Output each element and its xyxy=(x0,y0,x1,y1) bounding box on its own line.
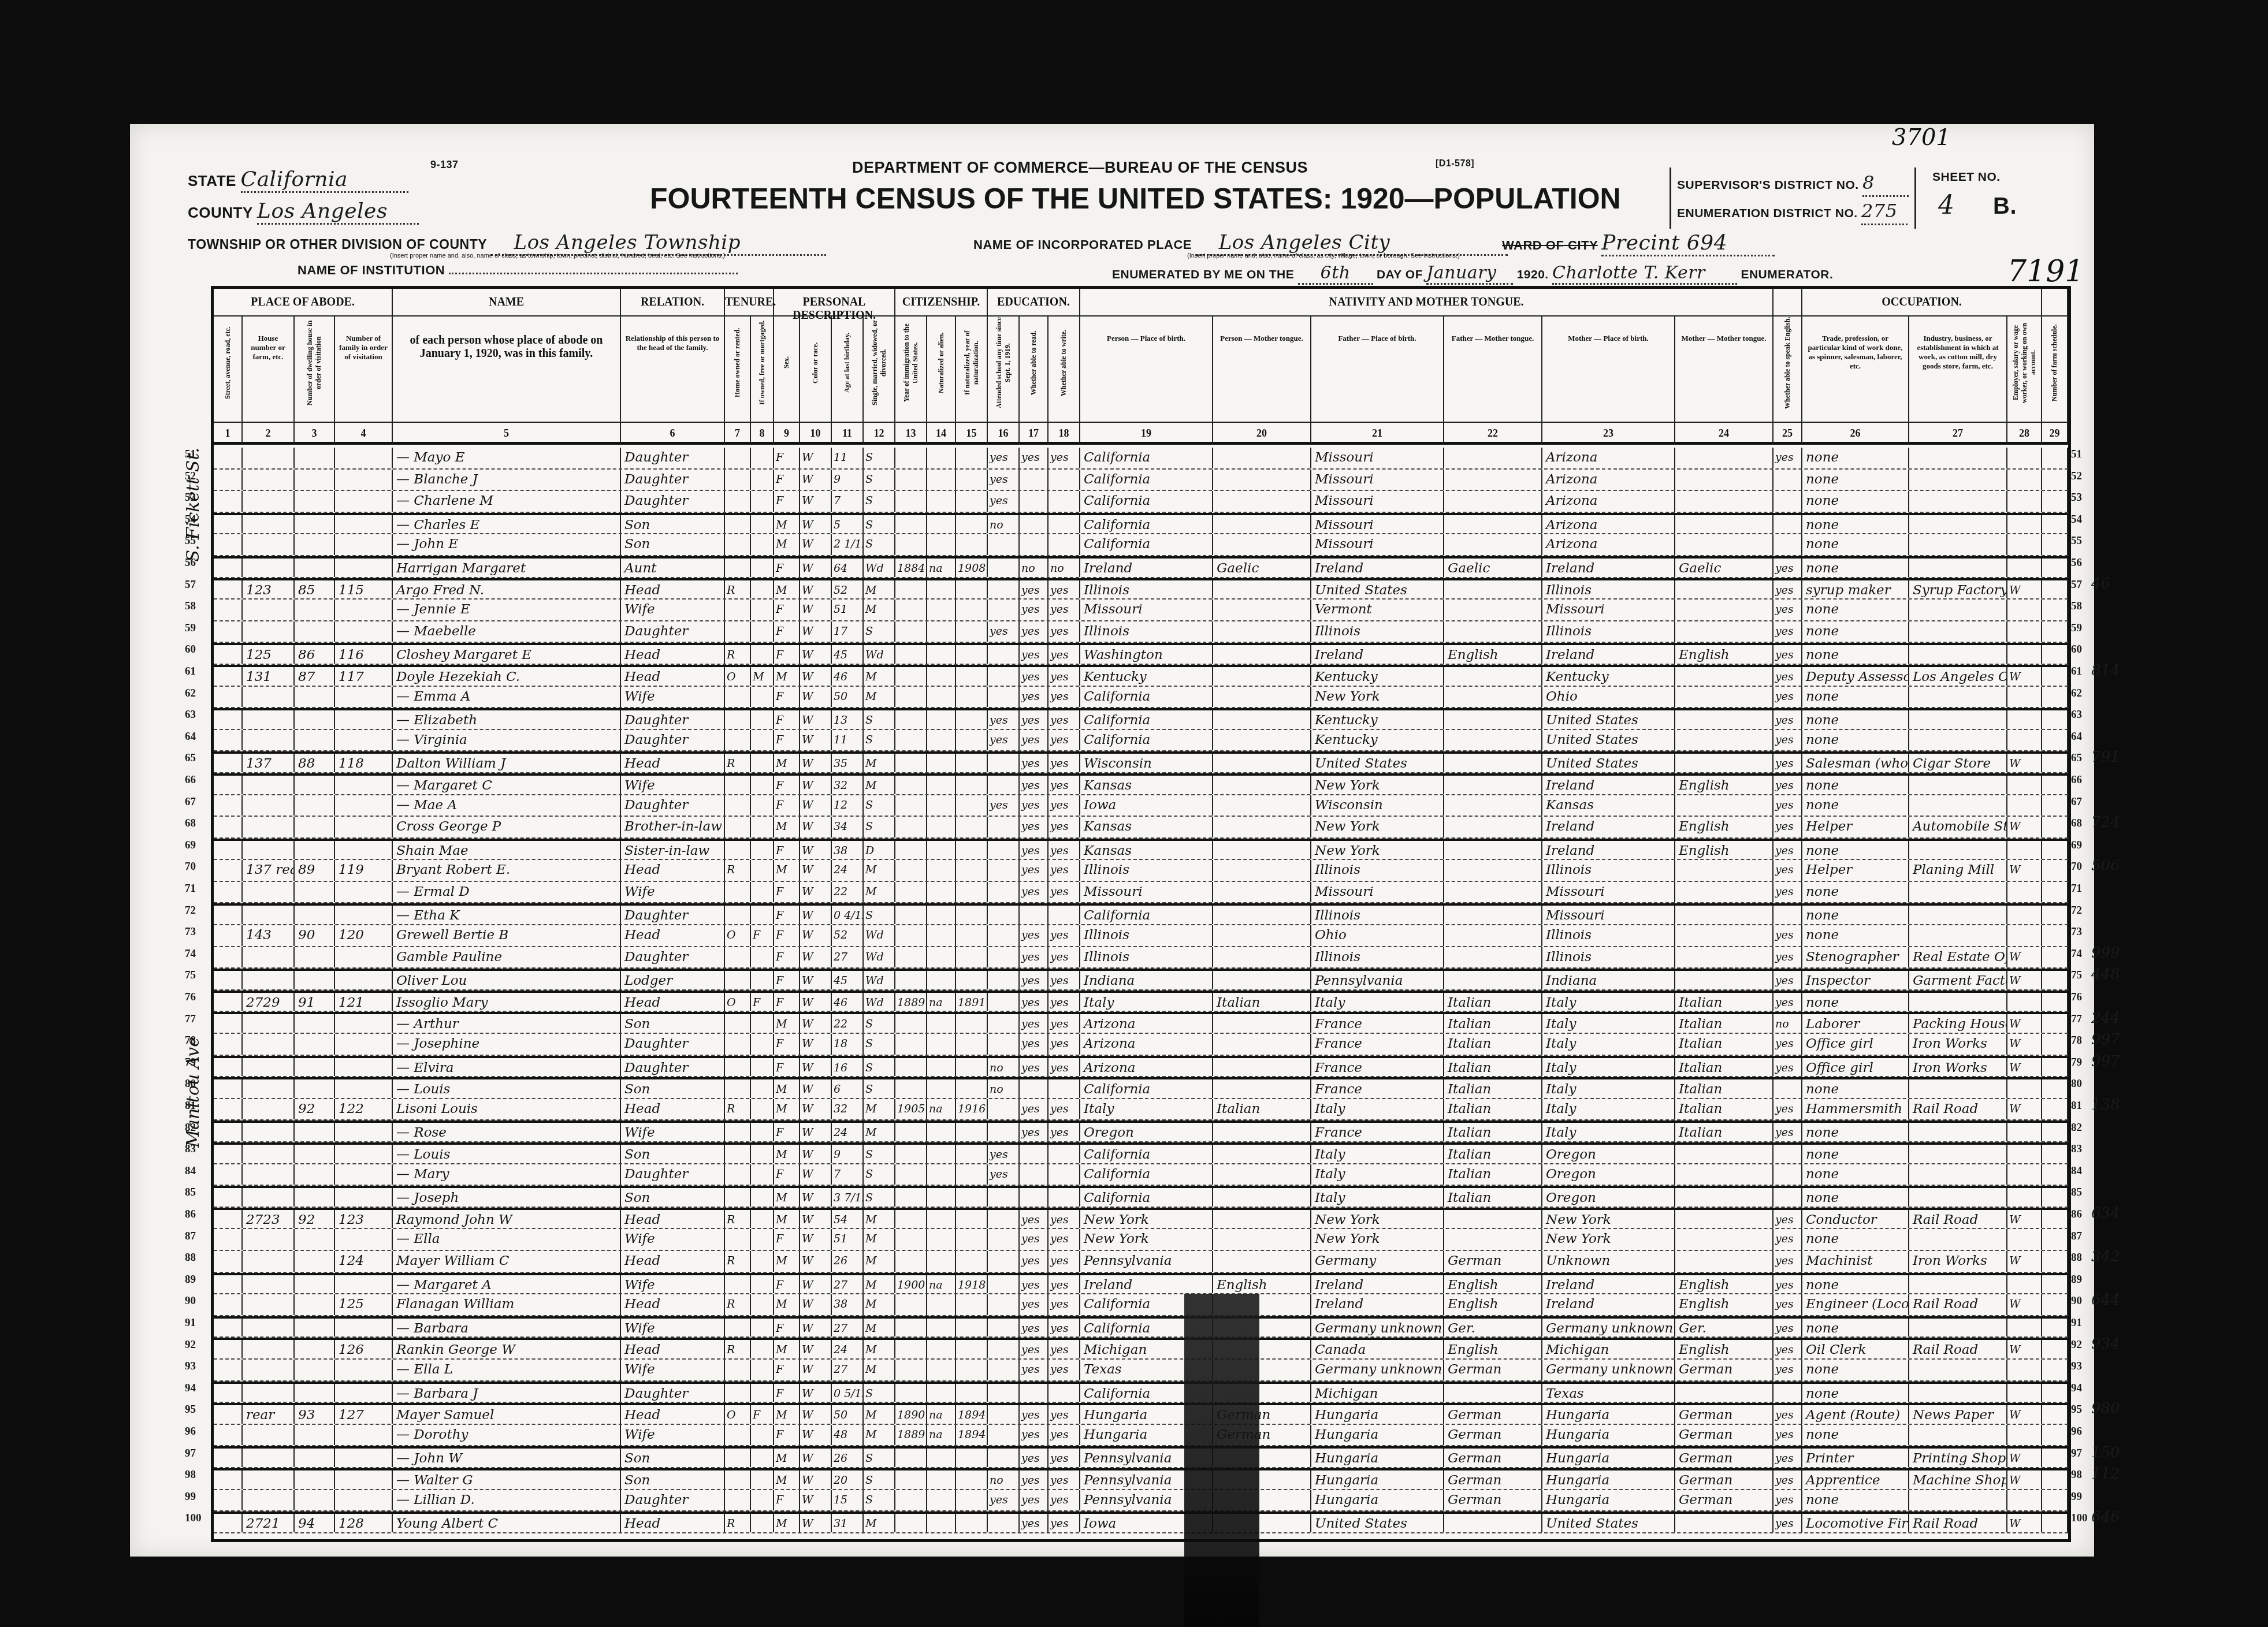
naturalization-year-cell xyxy=(956,925,988,946)
father-mother-tongue-cell xyxy=(1444,600,1542,620)
farm-schedule-cell xyxy=(2042,491,2068,512)
relation-cell: Head xyxy=(621,754,725,772)
trade-cell: none xyxy=(1802,448,1909,468)
person-name-cell: — Rose xyxy=(393,1123,621,1141)
mortgage-cell xyxy=(751,1123,774,1141)
house-number-cell: 137 rear xyxy=(243,860,295,881)
speaks-english-cell: yes xyxy=(1773,1490,1802,1511)
race-cell: W xyxy=(800,1360,832,1380)
age-cell: 27 xyxy=(832,1319,864,1337)
speaks-english-cell xyxy=(1773,491,1802,512)
person-name-cell: — Ella L xyxy=(393,1360,621,1380)
father-birthplace-cell: New York xyxy=(1311,1210,1444,1228)
age-cell: 9 xyxy=(832,1145,864,1163)
house-number-cell xyxy=(243,1425,295,1446)
race-cell: W xyxy=(800,841,832,859)
father-mother-tongue-cell: Italian xyxy=(1444,1123,1542,1141)
column-header: Number of family in order of visitation xyxy=(335,317,393,422)
can-read-cell xyxy=(1020,1145,1049,1163)
sex-cell: F xyxy=(774,795,800,816)
immigration-year-cell xyxy=(895,1058,927,1077)
relation-cell: Head xyxy=(621,1405,725,1424)
dwelling-number-cell xyxy=(295,1425,335,1446)
can-write-cell: yes xyxy=(1049,1425,1080,1446)
speaks-english-cell: yes xyxy=(1773,1514,1802,1532)
county-value: Los Angeles xyxy=(257,199,419,225)
home-tenure-cell xyxy=(725,1145,751,1163)
column-header-label: If naturalized, year of naturalization. xyxy=(963,317,980,415)
table-row: — ArthurSonMW22SyesyesArizonaFranceItali… xyxy=(214,1012,2068,1034)
column-header: Color or race. xyxy=(800,317,832,422)
sex-cell: M xyxy=(774,1210,800,1228)
immigration-year-cell xyxy=(895,515,927,534)
table-row: — BarbaraWifeFW27MyesyesCaliforniaGerman… xyxy=(214,1316,2068,1338)
family-number-cell: 115 xyxy=(335,580,393,599)
father-mother-tongue-cell xyxy=(1444,841,1542,859)
race-cell: W xyxy=(800,559,832,577)
farm-schedule-cell xyxy=(2042,1099,2068,1120)
can-write-cell xyxy=(1049,1079,1080,1098)
family-number-cell xyxy=(335,687,393,708)
line-number: 91 xyxy=(185,1317,196,1330)
house-number-cell xyxy=(243,1251,295,1272)
immigration-year-cell xyxy=(895,1229,927,1250)
immigration-year-cell xyxy=(895,1145,927,1163)
marital-status-cell: M xyxy=(864,1229,895,1250)
family-number-cell xyxy=(335,1319,393,1337)
farm-schedule-cell xyxy=(2042,710,2068,729)
marital-status-cell: M xyxy=(864,1360,895,1380)
attended-school-cell xyxy=(988,645,1020,664)
table-row: 272194128Young Albert CHeadRMW31MyesyesI… xyxy=(214,1511,2068,1533)
house-number-cell xyxy=(243,1058,295,1077)
house-number-cell xyxy=(243,448,295,468)
naturalization-year-cell xyxy=(956,1251,988,1272)
column-number: 6 xyxy=(621,422,725,445)
mortgage-cell xyxy=(751,1360,774,1380)
person-name-cell: Grewell Bertie B xyxy=(393,925,621,946)
home-tenure-cell: R xyxy=(725,754,751,772)
father-mother-tongue-cell xyxy=(1444,817,1542,837)
father-mother-tongue-cell: Italian xyxy=(1444,1034,1542,1055)
trade-cell: none xyxy=(1802,841,1909,859)
street-cell xyxy=(214,1251,243,1272)
sex-cell: F xyxy=(774,710,800,729)
table-body: — Mayo EDaughterFW11SyesyesyesCalifornia… xyxy=(214,448,2068,1533)
county-label: COUNTY xyxy=(188,204,252,221)
naturalization-year-cell: 1894 xyxy=(956,1405,988,1424)
farm-schedule-cell xyxy=(2042,1360,2068,1380)
naturalization-year-cell xyxy=(956,580,988,599)
industry-cell: News Paper xyxy=(1909,1405,2007,1424)
mother-tongue-cell: English xyxy=(1213,1275,1311,1294)
home-tenure-cell xyxy=(725,1034,751,1055)
line-number: 59 xyxy=(2071,622,2082,635)
marital-status-cell: Wd xyxy=(864,993,895,1011)
sex-cell: M xyxy=(774,1251,800,1272)
street-cell xyxy=(214,1079,243,1098)
person-name-cell: — Maebelle xyxy=(393,621,621,642)
naturalization-cell xyxy=(927,1340,956,1358)
column-header: Number of farm schedule. xyxy=(2042,317,2068,422)
naturalization-cell xyxy=(927,1229,956,1250)
home-tenure-cell xyxy=(725,947,751,968)
father-mother-tongue-cell: English xyxy=(1444,645,1542,664)
age-cell: 46 xyxy=(832,993,864,1011)
employer-class-cell xyxy=(2007,1164,2042,1185)
birthplace-cell: Kansas xyxy=(1080,817,1213,837)
marital-status-cell: M xyxy=(864,1275,895,1294)
father-birthplace-cell: Missouri xyxy=(1311,515,1444,534)
mother-mother-tongue-cell xyxy=(1675,947,1773,968)
speaks-english-cell xyxy=(1773,1188,1802,1207)
trade-cell: Stenographer xyxy=(1802,947,1909,968)
speaks-english-cell xyxy=(1773,470,1802,490)
home-tenure-cell xyxy=(725,1229,751,1250)
father-birthplace-cell: Hungaria xyxy=(1311,1449,1444,1467)
person-name-cell: — Mary xyxy=(393,1164,621,1185)
column-number: 22 xyxy=(1444,422,1542,445)
farm-schedule-cell xyxy=(2042,776,2068,794)
relation-cell: Lodger xyxy=(621,971,725,989)
family-number-cell xyxy=(335,795,393,816)
employer-class-cell xyxy=(2007,1319,2042,1337)
father-mother-tongue-cell xyxy=(1444,448,1542,468)
relation-cell: Wife xyxy=(621,1425,725,1446)
birthplace-cell: Wisconsin xyxy=(1080,754,1213,772)
age-cell: 17 xyxy=(832,621,864,642)
house-number-cell xyxy=(243,534,295,555)
relation-cell: Wife xyxy=(621,776,725,794)
person-name-cell: Issoglio Mary xyxy=(393,993,621,1011)
mother-tongue-cell xyxy=(1213,754,1311,772)
naturalization-year-cell: 1916 xyxy=(956,1099,988,1120)
sex-cell: M xyxy=(774,515,800,534)
street-cell xyxy=(214,448,243,468)
form-code: [D1-578] xyxy=(1436,159,1474,169)
mortgage-cell xyxy=(751,1449,774,1467)
trade-cell: Locomotive Fireman xyxy=(1802,1514,1909,1532)
naturalization-cell xyxy=(927,470,956,490)
attended-school-cell xyxy=(988,534,1020,555)
table-row: — RoseWifeFW24MyesyesOregonFranceItalian… xyxy=(214,1120,2068,1142)
mortgage-cell xyxy=(751,491,774,512)
mother-tongue-cell xyxy=(1213,1123,1311,1141)
race-cell: W xyxy=(800,1145,832,1163)
person-name-cell: — Barbara J xyxy=(393,1384,621,1402)
column-header: Street, avenue, road, etc. xyxy=(214,317,243,422)
margin-annotation: 646 xyxy=(2091,1509,2120,1526)
mother-birthplace-cell: Ireland xyxy=(1542,559,1675,577)
can-write-cell: no xyxy=(1049,559,1080,577)
column-header-label: Naturalized or alien. xyxy=(937,317,946,415)
street-cell xyxy=(214,621,243,642)
can-write-cell: yes xyxy=(1049,1251,1080,1272)
column-number: 18 xyxy=(1049,422,1080,445)
family-number-cell xyxy=(335,841,393,859)
person-name-cell: — Margaret C xyxy=(393,776,621,794)
enumerated-field: ENUMERATED BY ME ON THE 6th DAY OF Janua… xyxy=(1112,263,1833,285)
employer-class-cell xyxy=(2007,1384,2042,1402)
farm-schedule-cell xyxy=(2042,580,2068,599)
can-write-cell: yes xyxy=(1049,448,1080,468)
attended-school-cell xyxy=(988,882,1020,903)
mother-birthplace-cell: Unknown xyxy=(1542,1251,1675,1272)
home-tenure-cell xyxy=(725,1384,751,1402)
marital-status-cell: M xyxy=(864,1123,895,1141)
birthplace-cell: Ireland xyxy=(1080,559,1213,577)
speaks-english-cell: yes xyxy=(1773,1251,1802,1272)
father-mother-tongue-cell: Italian xyxy=(1444,1079,1542,1098)
street-cell xyxy=(214,971,243,989)
employer-class-cell: W xyxy=(2007,1294,2042,1315)
family-number-cell xyxy=(335,947,393,968)
table-row: — Margaret AWifeFW27M1900na1918yesyesIre… xyxy=(214,1273,2068,1295)
race-cell: W xyxy=(800,710,832,729)
line-number: 71 xyxy=(2071,883,2082,895)
column-header-label: Attended school any time since Sept. 1, … xyxy=(995,317,1012,415)
dwelling-number-cell: 85 xyxy=(295,580,335,599)
house-number-cell xyxy=(243,730,295,751)
naturalization-cell xyxy=(927,860,956,881)
home-tenure-cell xyxy=(725,1123,751,1141)
farm-schedule-cell xyxy=(2042,1014,2068,1033)
home-tenure-cell xyxy=(725,882,751,903)
father-birthplace-cell: France xyxy=(1311,1123,1444,1141)
speaks-english-cell xyxy=(1773,1384,1802,1402)
speaks-english-cell: yes xyxy=(1773,580,1802,599)
street-cell xyxy=(214,491,243,512)
stamp-number-side: 7191 xyxy=(2007,254,2084,289)
mother-mother-tongue-cell xyxy=(1675,1229,1773,1250)
mother-mother-tongue-cell: Italian xyxy=(1675,1014,1773,1033)
mother-birthplace-cell: Ireland xyxy=(1542,776,1675,794)
line-number: 52 xyxy=(2071,470,2082,483)
mother-tongue-cell xyxy=(1213,1188,1311,1207)
mortgage-cell xyxy=(751,1014,774,1033)
relation-cell: Wife xyxy=(621,1360,725,1380)
person-name-cell: — John W xyxy=(393,1449,621,1467)
mother-birthplace-cell: Oregon xyxy=(1542,1188,1675,1207)
column-group: CITIZENSHIP. xyxy=(895,289,988,317)
age-cell: 27 xyxy=(832,947,864,968)
sheet-number-label: SHEET NO. xyxy=(1932,170,2001,184)
birthplace-cell: Ireland xyxy=(1080,1275,1213,1294)
sex-cell: M xyxy=(774,1014,800,1033)
father-birthplace-cell: New York xyxy=(1311,776,1444,794)
person-name-cell: — Elvira xyxy=(393,1058,621,1077)
speaks-english-cell: yes xyxy=(1773,559,1802,577)
marital-status-cell: S xyxy=(864,1034,895,1055)
column-header-label: Whether able to read. xyxy=(1029,317,1038,415)
street-cell xyxy=(214,841,243,859)
race-cell: W xyxy=(800,1079,832,1098)
immigration-year-cell xyxy=(895,1188,927,1207)
family-number-cell: 124 xyxy=(335,1251,393,1272)
trade-cell: none xyxy=(1802,776,1909,794)
race-cell: W xyxy=(800,925,832,946)
age-cell: 9 xyxy=(832,470,864,490)
farm-schedule-cell xyxy=(2042,1188,2068,1207)
township-label: TOWNSHIP OR OTHER DIVISION OF COUNTY xyxy=(188,237,487,252)
naturalization-year-cell xyxy=(956,754,988,772)
line-number: 90 xyxy=(2071,1295,2082,1308)
naturalization-cell xyxy=(927,1164,956,1185)
home-tenure-cell xyxy=(725,730,751,751)
home-tenure-cell: R xyxy=(725,860,751,881)
immigration-year-cell xyxy=(895,1014,927,1033)
line-number: 100 xyxy=(185,1512,202,1525)
father-mother-tongue-cell: German xyxy=(1444,1470,1542,1489)
industry-cell: Rail Road xyxy=(1909,1210,2007,1228)
employer-class-cell xyxy=(2007,925,2042,946)
naturalization-year-cell xyxy=(956,687,988,708)
relation-cell: Aunt xyxy=(621,559,725,577)
mother-birthplace-cell: United States xyxy=(1542,1514,1675,1532)
family-number-cell xyxy=(335,882,393,903)
table-row: — Emma AWifeFW50MyesyesCaliforniaNew Yor… xyxy=(214,687,2068,709)
family-number-cell: 116 xyxy=(335,645,393,664)
can-write-cell: yes xyxy=(1049,947,1080,968)
speaks-english-cell: yes xyxy=(1773,754,1802,772)
can-read-cell: yes xyxy=(1020,1058,1049,1077)
column-header: If naturalized, year of naturalization. xyxy=(956,317,988,422)
employer-class-cell: W xyxy=(2007,860,2042,881)
birthplace-cell: New York xyxy=(1080,1229,1213,1250)
line-number: 85 xyxy=(2071,1186,2082,1199)
naturalization-year-cell xyxy=(956,1360,988,1380)
mortgage-cell xyxy=(751,1079,774,1098)
person-name-cell: — Etha K xyxy=(393,906,621,924)
mortgage-cell xyxy=(751,1164,774,1185)
marital-status-cell: S xyxy=(864,515,895,534)
table-row: rear93127Mayer SamuelHeadOFMW50M1890na18… xyxy=(214,1403,2068,1425)
marital-status-cell: M xyxy=(864,1099,895,1120)
attended-school-cell xyxy=(988,1188,1020,1207)
mortgage-cell xyxy=(751,470,774,490)
mother-birthplace-cell: Oregon xyxy=(1542,1164,1675,1185)
mother-tongue-cell xyxy=(1213,841,1311,859)
line-number: 68 xyxy=(185,817,196,830)
attended-school-cell: no xyxy=(988,1058,1020,1077)
person-name-cell: Closhey Margaret E xyxy=(393,645,621,664)
can-read-cell: yes xyxy=(1020,667,1049,686)
relation-cell: Son xyxy=(621,1079,725,1098)
age-cell: 46 xyxy=(832,667,864,686)
employer-class-cell xyxy=(2007,1490,2042,1511)
speaks-english-cell: yes xyxy=(1773,1099,1802,1120)
trade-cell: none xyxy=(1802,1164,1909,1185)
column-header: Sex. xyxy=(774,317,800,422)
column-header-label: Single, married, widowed, or divorced. xyxy=(871,317,888,415)
supervisor-district-label: SUPERVISOR'S DISTRICT NO. xyxy=(1677,178,1859,192)
family-number-cell xyxy=(335,448,393,468)
column-number: 16 xyxy=(988,422,1020,445)
table-row: 12586116Closhey Margaret EHeadRFW45Wdyes… xyxy=(214,643,2068,665)
father-birthplace-cell: Hungaria xyxy=(1311,1405,1444,1424)
naturalization-year-cell xyxy=(956,448,988,468)
sex-cell: M xyxy=(774,1405,800,1424)
house-number-cell xyxy=(243,491,295,512)
immigration-year-cell: 1889 xyxy=(895,993,927,1011)
family-number-cell xyxy=(335,1079,393,1098)
sex-cell: F xyxy=(774,1034,800,1055)
naturalization-cell xyxy=(927,1294,956,1315)
house-number-cell xyxy=(243,1449,295,1467)
table-row: — Ermal DWifeFW22MyesyesMissouriMissouri… xyxy=(214,882,2068,904)
speaks-english-cell: yes xyxy=(1773,1210,1802,1228)
mortgage-cell: F xyxy=(751,1405,774,1424)
line-number: 89 xyxy=(2071,1274,2082,1286)
marital-status-cell: M xyxy=(864,882,895,903)
father-birthplace-cell: United States xyxy=(1311,1514,1444,1532)
family-number-cell xyxy=(335,1123,393,1141)
employer-class-cell xyxy=(2007,1275,2042,1294)
race-cell: W xyxy=(800,1340,832,1358)
relation-cell: Head xyxy=(621,1251,725,1272)
house-number-cell xyxy=(243,559,295,577)
race-cell: W xyxy=(800,1275,832,1294)
farm-schedule-cell xyxy=(2042,515,2068,534)
column-group: NATIVITY AND MOTHER TONGUE. xyxy=(1080,289,1773,317)
column-header-label: Year of immigration to the United States… xyxy=(902,317,920,415)
dwelling-number-cell xyxy=(295,730,335,751)
line-number: 77 xyxy=(2071,1013,2082,1026)
mother-birthplace-cell: Ohio xyxy=(1542,687,1675,708)
margin-annotation: 342 xyxy=(2091,1248,2120,1265)
immigration-year-cell xyxy=(895,776,927,794)
can-read-cell: yes xyxy=(1020,882,1049,903)
mother-birthplace-cell: New York xyxy=(1542,1210,1675,1228)
farm-schedule-cell xyxy=(2042,1294,2068,1315)
line-number: 53 xyxy=(2071,492,2082,504)
relation-cell: Daughter xyxy=(621,730,725,751)
house-number-cell: 137 xyxy=(243,754,295,772)
marital-status-cell: S xyxy=(864,1490,895,1511)
table-row: 13788118Dalton William JHeadRMW35Myesyes… xyxy=(214,751,2068,773)
father-birthplace-cell: Missouri xyxy=(1311,491,1444,512)
relation-cell: Head xyxy=(621,993,725,1011)
family-number-cell xyxy=(335,1188,393,1207)
father-birthplace-cell: Italy xyxy=(1311,1145,1444,1163)
father-birthplace-cell: New York xyxy=(1311,687,1444,708)
dwelling-number-cell: 92 xyxy=(295,1099,335,1120)
father-birthplace-cell: New York xyxy=(1311,1229,1444,1250)
can-write-cell: yes xyxy=(1049,600,1080,620)
line-number: 61 xyxy=(2071,665,2082,678)
home-tenure-cell xyxy=(725,1425,751,1446)
employer-class-cell xyxy=(2007,645,2042,664)
trade-cell: none xyxy=(1802,1490,1909,1511)
mortgage-cell xyxy=(751,817,774,837)
marital-status-cell: M xyxy=(864,860,895,881)
race-cell: W xyxy=(800,1319,832,1337)
trade-cell: Machinist xyxy=(1802,1251,1909,1272)
can-write-cell: yes xyxy=(1049,1340,1080,1358)
home-tenure-cell: O xyxy=(725,1405,751,1424)
line-number: 82 xyxy=(2071,1122,2082,1134)
state-field: STATE California xyxy=(188,167,408,193)
industry-cell xyxy=(1909,1319,2007,1337)
marital-status-cell: S xyxy=(864,1058,895,1077)
table-row: — Barbara JDaughterFW0 5/12SCaliforniaMi… xyxy=(214,1382,2068,1403)
margin-annotation: 448 xyxy=(2091,966,2120,983)
age-cell: 20 xyxy=(832,1470,864,1489)
table-row: 137 rear89119Bryant Robert E.HeadRMW24My… xyxy=(214,860,2068,882)
immigration-year-cell xyxy=(895,1251,927,1272)
dwelling-number-cell xyxy=(295,906,335,924)
column-group xyxy=(2042,289,2068,317)
